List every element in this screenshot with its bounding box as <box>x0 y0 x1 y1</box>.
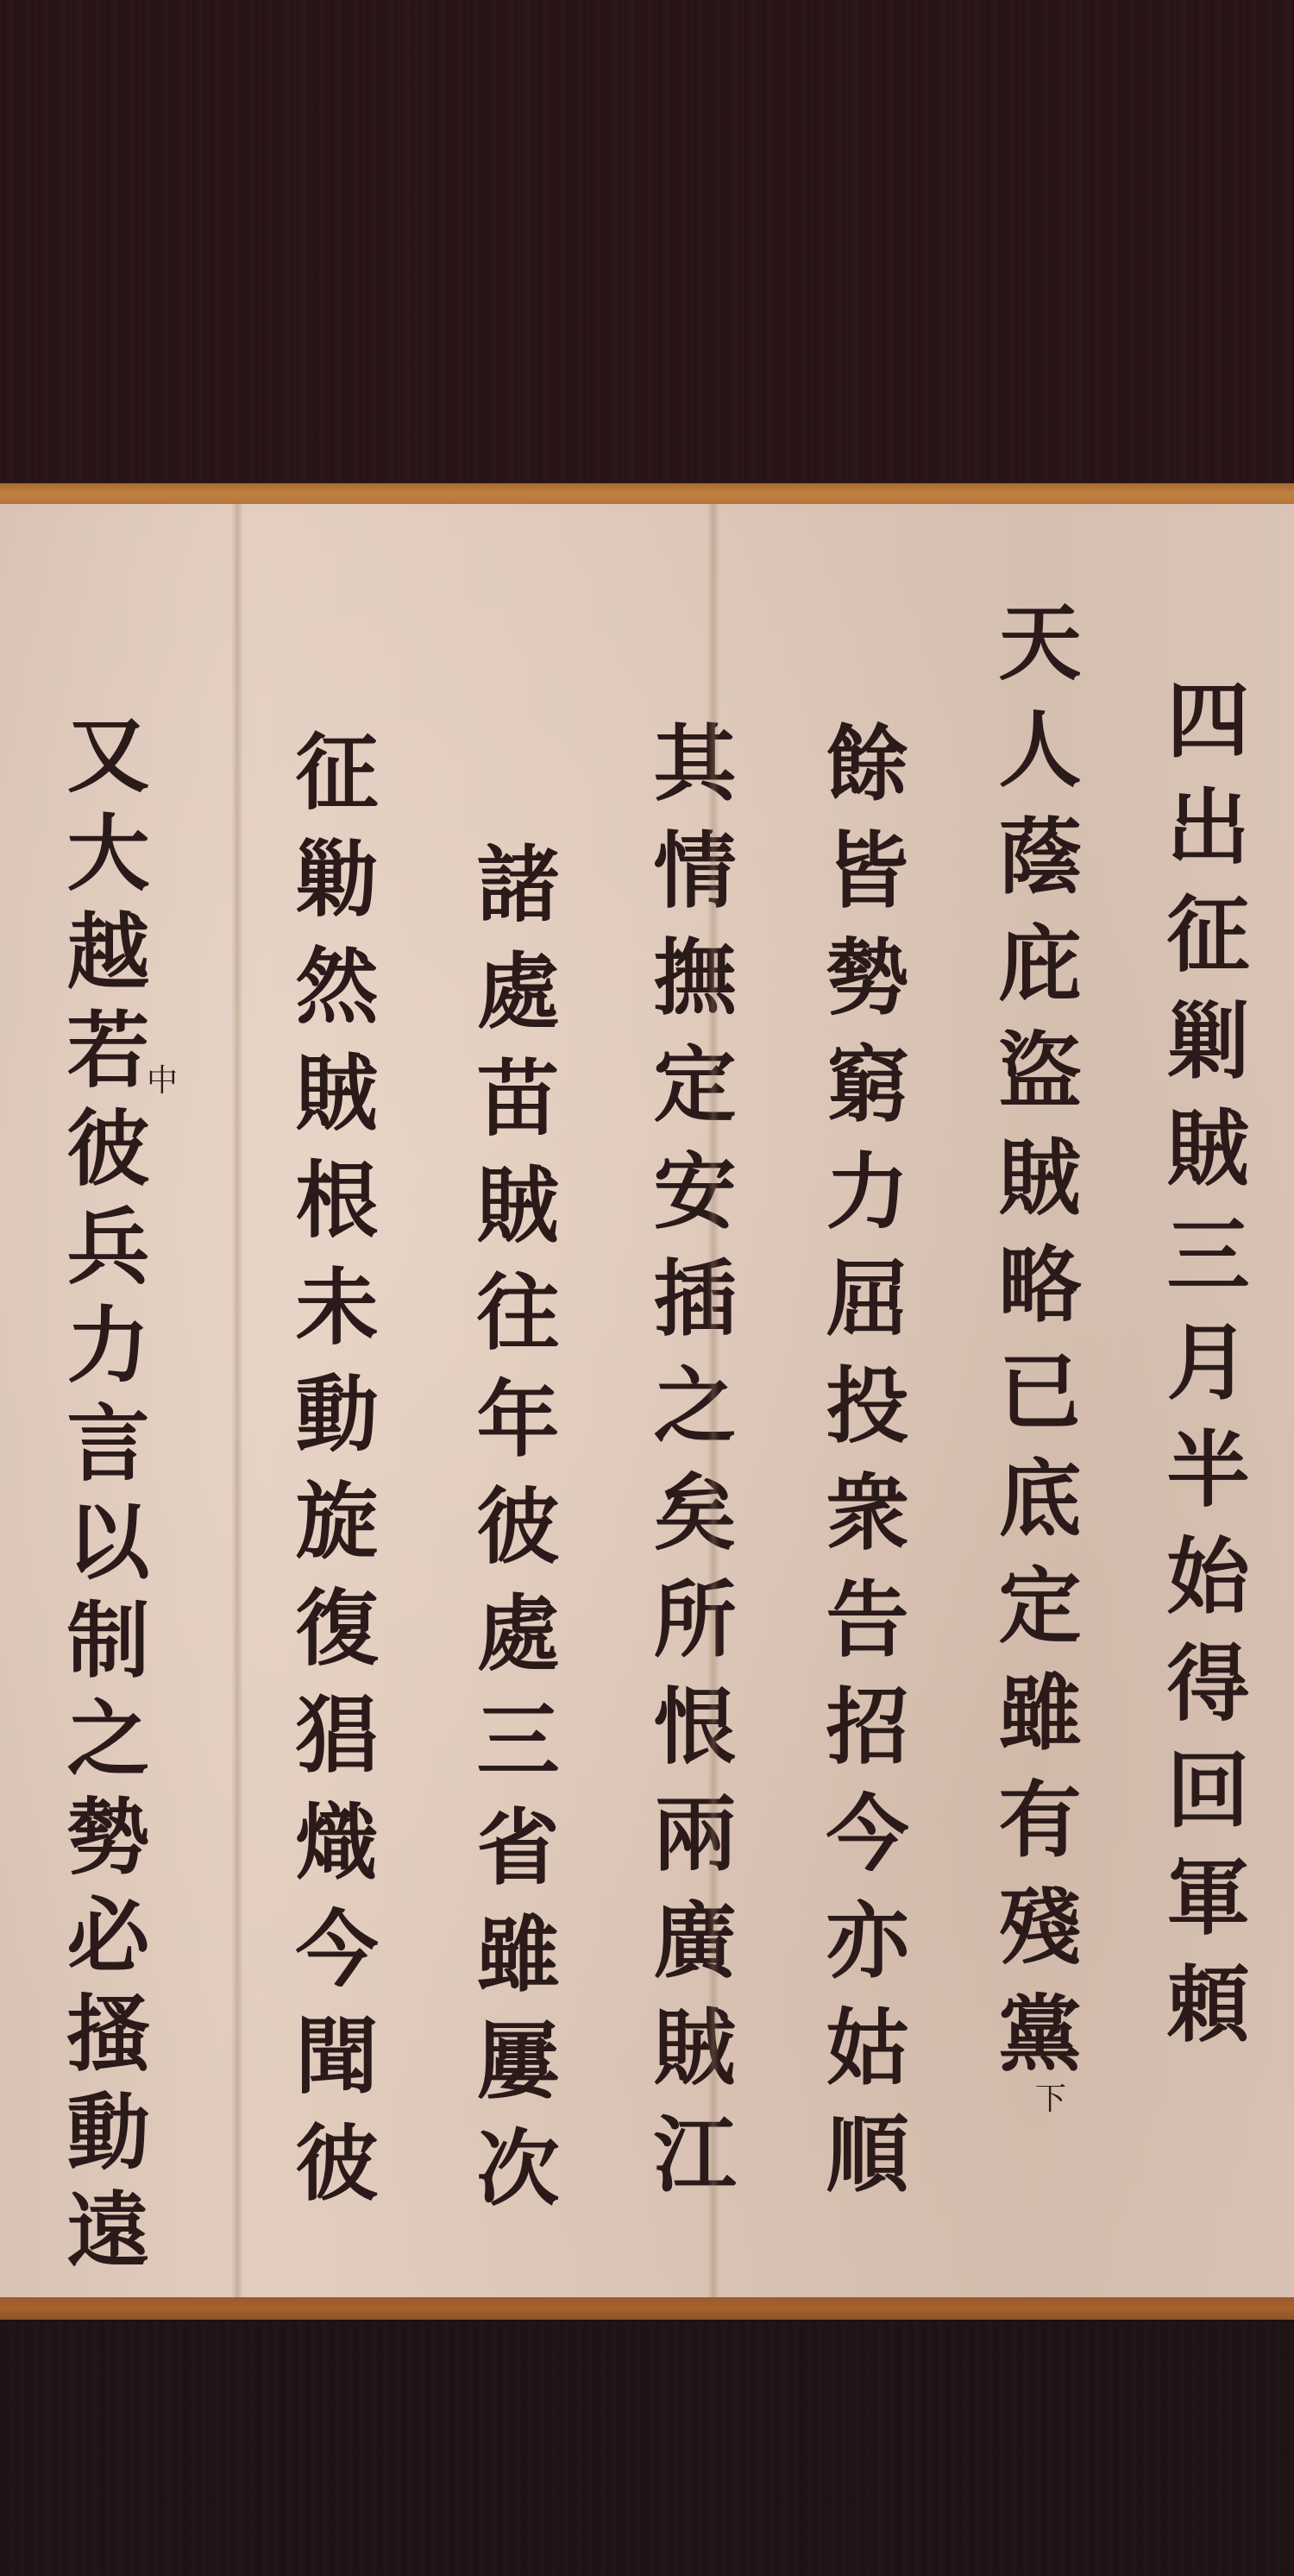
dark-background-bottom <box>0 2321 1294 2576</box>
text-column-6: 征勦然賊根未動旋復猖熾今聞彼 <box>289 728 372 2226</box>
mount-border-top <box>0 483 1294 504</box>
paper-fold-line <box>231 504 243 2297</box>
dark-background-top <box>0 0 1294 483</box>
text-column-5: 諸處苗賊往年彼處三省雖屢次 <box>470 841 553 2232</box>
paper-sheet: 四出征剿賊三月半始得回軍頼 天人蔭庇盜賊略已底定雖有殘黨 下 餘皆勢窮力屈投衆告… <box>0 504 1294 2297</box>
text-column-7: 又大越若彼兵力言以制之勢必搔動遠 <box>60 711 143 2285</box>
paper-fold-line <box>707 504 719 2297</box>
annotation-small-char: 下 <box>1035 2075 1066 2119</box>
mount-border-bottom <box>0 2297 1294 2320</box>
text-column-2: 天人蔭庇盜賊略已底定雖有殘黨 <box>992 599 1075 2097</box>
annotation-small-char: 中 <box>147 1056 178 1100</box>
text-column-3: 餘皆勢窮力屈投衆告招今亦姑順 <box>820 720 902 2218</box>
text-column-1: 四出征剿賊三月半始得回軍頼 <box>1160 677 1243 2068</box>
